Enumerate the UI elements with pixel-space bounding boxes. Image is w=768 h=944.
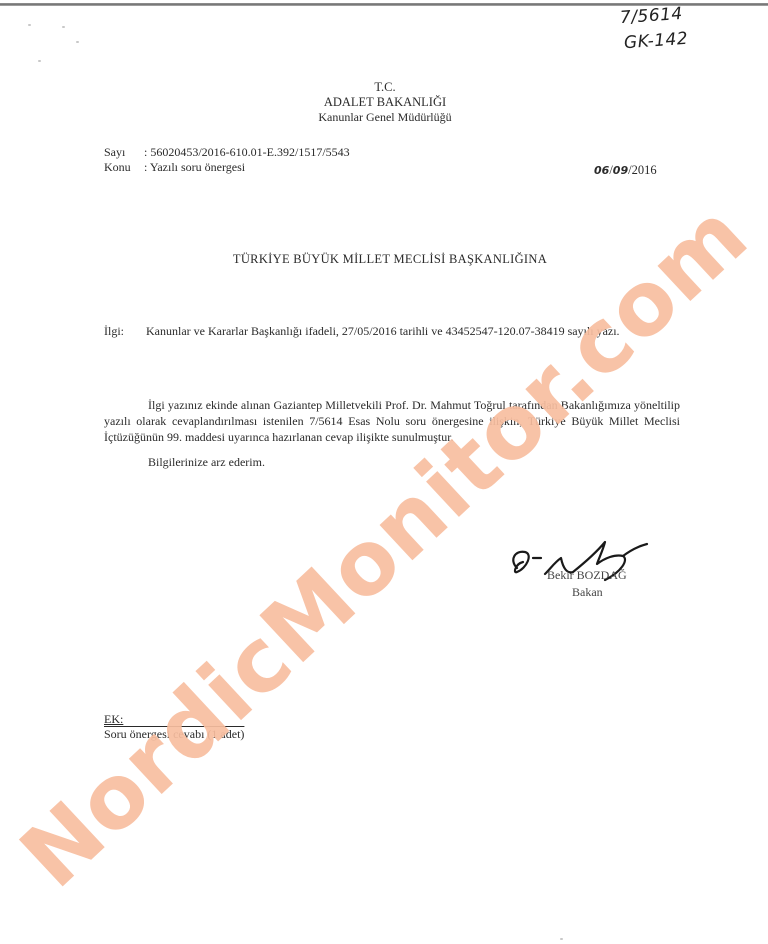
attachment-item: Soru önergesi cevabı (1 adet) — [104, 727, 244, 742]
addressee-heading: TÜRKİYE BÜYÜK MİLLET MECLİSİ BAŞKANLIĞIN… — [190, 252, 590, 267]
closing-line: Bilgilerinize arz ederim. — [104, 454, 680, 470]
sayi-value: : 56020453/2016-610.01-E.392/1517/5543 — [144, 145, 350, 160]
ilgi-label: İlgi: — [104, 323, 146, 339]
date-day-handwritten: 06 — [594, 164, 609, 177]
handwritten-note-reference: 7/5614 — [619, 4, 683, 28]
sayi-label: Sayı — [104, 145, 144, 160]
letterhead-tc: T.C. — [250, 80, 520, 95]
document-date: 06/09/2016 — [594, 163, 657, 178]
letterhead: T.C. ADALET BAKANLIĞI Kanunlar Genel Müd… — [250, 80, 520, 125]
scan-speck — [62, 26, 65, 28]
letterhead-department: Kanunlar Genel Müdürlüğü — [250, 110, 520, 125]
konu-label: Konu — [104, 160, 144, 175]
reference-ilgi: İlgi: Kanunlar ve Kararlar Başkanlığı if… — [104, 323, 680, 339]
handwritten-note-code: GK-142 — [623, 29, 688, 53]
attachments-block: EK: Soru önergesi cevabı (1 adet) — [104, 712, 244, 742]
attachments-label: EK: — [104, 712, 244, 727]
sayi-row: Sayı : 56020453/2016-610.01-E.392/1517/5… — [104, 145, 350, 160]
ilgi-text: Kanunlar ve Kararlar Başkanlığı ifadeli,… — [146, 323, 680, 339]
scan-speck — [76, 41, 79, 43]
document-page: 7/5614 GK-142 T.C. ADALET BAKANLIĞI Kanu… — [0, 0, 768, 944]
konu-value: : Yazılı soru önergesi — [144, 160, 245, 175]
date-year: /2016 — [628, 163, 656, 177]
body-paragraph: İlgi yazınız ekinde alınan Gaziantep Mil… — [104, 397, 680, 445]
letterhead-ministry: ADALET BAKANLIĞI — [250, 95, 520, 110]
scan-speck — [560, 938, 563, 940]
letter-body: İlgi yazınız ekinde alınan Gaziantep Mil… — [104, 397, 680, 470]
date-month-handwritten: 09 — [613, 164, 628, 177]
signatory-title: Bakan — [572, 585, 603, 600]
scan-speck — [38, 60, 41, 62]
konu-row: Konu : Yazılı soru önergesi — [104, 160, 350, 175]
signatory-name: Bekir BOZDAĞ — [547, 568, 627, 583]
scan-speck — [28, 24, 31, 26]
signature-block: Bekir BOZDAĞ Bakan — [505, 528, 665, 608]
reference-block: Sayı : 56020453/2016-610.01-E.392/1517/5… — [104, 145, 350, 175]
